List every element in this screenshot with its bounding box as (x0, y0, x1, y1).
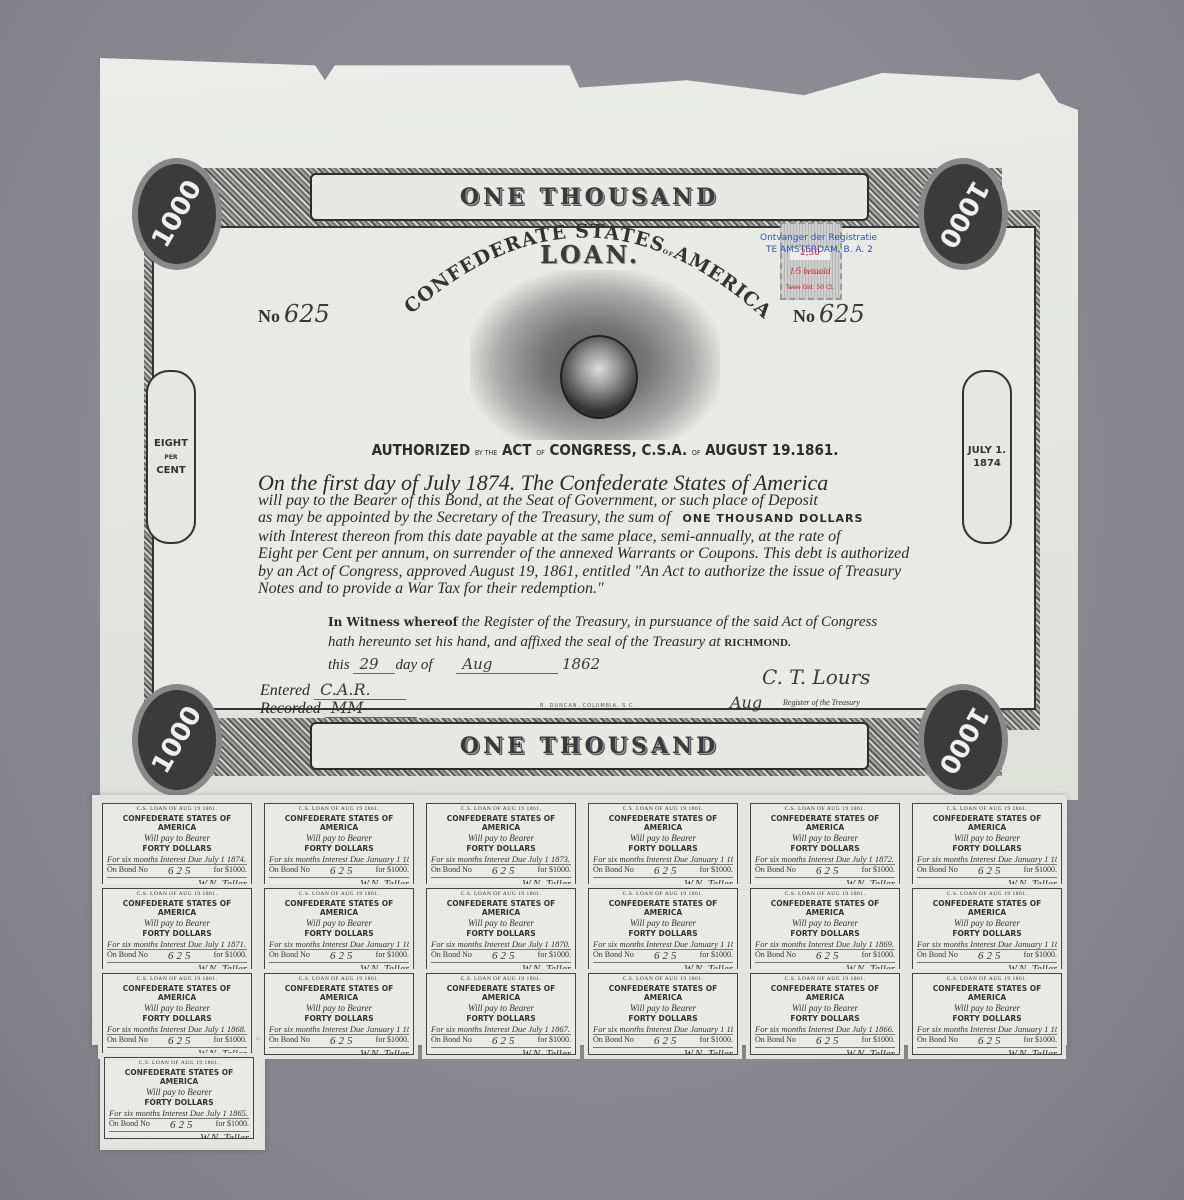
coupon-header: C.S. LOAN OF AUG 19 1861. (917, 891, 1057, 897)
coupon-for-amount: for $1000. (862, 865, 895, 877)
cancel-line-1: Ontvanger der Registratie (760, 232, 877, 244)
coupon-due-date: January 1 1874. (366, 854, 409, 864)
coupon: C.S. LOAN OF AUG 19 1861.CONFEDERATE STA… (264, 973, 414, 1055)
coupon: C.S. LOAN OF AUG 19 1861.CONFEDERATE STA… (426, 803, 576, 885)
coupon-bond-label: On Bond No (269, 1035, 310, 1047)
auth-small: OF (692, 449, 701, 457)
coupon-issuer: CONFEDERATE STATES OF AMERICA (593, 899, 733, 917)
register-label: Register of the Treasury (783, 698, 860, 707)
coupon-due-date: January 1 1872. (1014, 854, 1057, 864)
authorization-line: AUTHORIZED BY THE ACT OF CONGRESS, C.S.A… (365, 441, 845, 459)
coupon-signature-line: For the Register of the TreasuryW.N. Tel… (109, 1132, 249, 1144)
registration-cancel-stamp: Ontvanger der Registratie TE AMSTERDAM, … (760, 232, 877, 256)
serial-number-right: No625 (793, 300, 865, 329)
coupon-header: C.S. LOAN OF AUG 19 1861. (755, 891, 895, 897)
coupon-signature: W.N. Teller (846, 1048, 895, 1060)
coupon-issuer: CONFEDERATE STATES OF AMERICA (431, 984, 571, 1002)
coupon-due-line: For six months Interest Due January 1 18… (917, 939, 1057, 950)
coupon-will-pay: Will pay to Bearer (269, 1003, 409, 1013)
coupon: C.S. LOAN OF AUG 19 1861.CONFEDERATE STA… (426, 973, 576, 1055)
coupon-bond-number: 625 (168, 865, 194, 877)
coupon-header: C.S. LOAN OF AUG 19 1861. (593, 891, 733, 897)
coupon-bond-line: On Bond No625for $1000. (755, 950, 895, 963)
coupon-due-line: For six months Interest Due January 1 18… (269, 1024, 409, 1035)
coupon-interest-prefix: For six months Interest Due (431, 854, 526, 864)
coupon-bond-number: 625 (978, 950, 1004, 962)
date-this: this (328, 657, 350, 673)
coupon-due-date: January 1 1871. (366, 939, 409, 949)
coupon-issuer: CONFEDERATE STATES OF AMERICA (107, 814, 247, 832)
coupon-issuer: CONFEDERATE STATES OF AMERICA (593, 984, 733, 1002)
coupon-register-label: For the Register of the Treasury (593, 1055, 657, 1060)
coupon-for-amount: for $1000. (216, 1119, 249, 1131)
coupon-signature-line: For the Register of the TreasuryW.N. Tel… (917, 1048, 1057, 1060)
coupon-header: C.S. LOAN OF AUG 19 1861. (755, 806, 895, 812)
coupon-due-date: January 1 1867. (690, 1024, 733, 1034)
coupon-header: C.S. LOAN OF AUG 19 1861. (431, 976, 571, 982)
coupon-bond-label: On Bond No (107, 865, 148, 877)
coupon-due-line: For six months Interest Due January 1 18… (269, 854, 409, 865)
coupon-due-line: For six months Interest Due January 1 18… (593, 939, 733, 950)
coupon-bond-line: On Bond No625for $1000. (593, 950, 733, 963)
coupon-interest-prefix: For six months Interest Due (593, 939, 688, 949)
coupon-bond-number: 625 (978, 1035, 1004, 1047)
coupon-will-pay: Will pay to Bearer (917, 833, 1057, 843)
denomination-text: 1000 (932, 701, 994, 779)
coupon: C.S. LOAN OF AUG 19 1861.CONFEDERATE STA… (588, 973, 738, 1055)
coupon-amount: FORTY DOLLARS (917, 1014, 1057, 1023)
coupon: C.S. LOAN OF AUG 19 1861.CONFEDERATE STA… (264, 803, 414, 885)
coupon-for-amount: for $1000. (214, 950, 247, 962)
denomination-text: 1000 (146, 175, 208, 253)
coupon-for-amount: for $1000. (1024, 865, 1057, 877)
coupon-interest-prefix: For six months Interest Due (917, 1024, 1012, 1034)
coupon-register-label: For the Register of the Treasury (755, 1055, 819, 1060)
auth-small: BY THE (475, 449, 497, 457)
witness-line: hath hereunto set his hand, and affixed … (328, 634, 721, 650)
coupon-amount: FORTY DOLLARS (593, 1014, 733, 1023)
coupon-bond-line: On Bond No625for $1000. (109, 1119, 249, 1132)
maturity-text-year: 1874 (973, 458, 1001, 469)
coupon-bond-number: 625 (168, 1035, 194, 1047)
coupon: C.S. LOAN OF AUG 19 1861.CONFEDERATE STA… (912, 973, 1062, 1055)
coupon-issuer: CONFEDERATE STATES OF AMERICA (269, 984, 409, 1002)
coupon-header: C.S. LOAN OF AUG 19 1861. (107, 806, 247, 812)
coupon-bond-label: On Bond No (269, 865, 310, 877)
coupon-will-pay: Will pay to Bearer (593, 1003, 733, 1013)
coupon-bond-number: 625 (330, 865, 356, 877)
coupon-due-line: For six months Interest Due July 1 1869. (755, 939, 895, 950)
coupon-bond-label: On Bond No (107, 950, 148, 962)
coupon-interest-prefix: For six months Interest Due (755, 939, 850, 949)
coupon-interest-prefix: For six months Interest Due (755, 854, 850, 864)
coupon-amount: FORTY DOLLARS (431, 1014, 571, 1023)
coupon-bond-number: 625 (816, 865, 842, 877)
coupon-due-line: For six months Interest Due July 1 1871. (107, 939, 247, 950)
coupon: C.S. LOAN OF AUG 19 1861.CONFEDERATE STA… (588, 888, 738, 970)
auth-part: ACT (502, 441, 532, 459)
coupon-interest-prefix: For six months Interest Due (107, 854, 202, 864)
coupon-issuer: CONFEDERATE STATES OF AMERICA (755, 814, 895, 832)
coupon: C.S. LOAN OF AUG 19 1861.CONFEDERATE STA… (102, 888, 252, 970)
coupon-for-amount: for $1000. (1024, 950, 1057, 962)
coupon-header: C.S. LOAN OF AUG 19 1861. (107, 891, 247, 897)
coupon-amount: FORTY DOLLARS (107, 929, 247, 938)
coupon-bond-line: On Bond No625for $1000. (107, 950, 247, 963)
coupon-due-date: January 1 1868. (366, 1024, 409, 1034)
coupon-header: C.S. LOAN OF AUG 19 1861. (107, 976, 247, 982)
coupon: C.S. LOAN OF AUG 19 1861.CONFEDERATE STA… (912, 803, 1062, 885)
coupon-register-label: For the Register of the Treasury (269, 1055, 333, 1060)
coupon-issuer: CONFEDERATE STATES OF AMERICA (431, 899, 571, 917)
coupon-due-line: For six months Interest Due July 1 1868. (107, 1024, 247, 1035)
coupon-bond-number: 625 (816, 1035, 842, 1047)
coupon-register-label: For the Register of the Treasury (917, 1055, 981, 1060)
coupon-interest-prefix: For six months Interest Due (593, 1024, 688, 1034)
coupon-due-date: January 1 1866. (1014, 1024, 1057, 1034)
coupon-bond-number: 625 (978, 865, 1004, 877)
serial-prefix: No (258, 306, 280, 326)
coupon-for-amount: for $1000. (700, 1035, 733, 1047)
coupon-due-date: July 1 1872. (852, 854, 894, 864)
rate-text-per: PER (164, 454, 177, 461)
coupon-signature: W.N. Teller (684, 1048, 733, 1060)
coupon-bond-line: On Bond No625for $1000. (431, 865, 571, 878)
denomination-text: 1000 (146, 701, 208, 779)
coupon-interest-prefix: For six months Interest Due (107, 1024, 202, 1034)
coupon: C.S. LOAN OF AUG 19 1861.CONFEDERATE STA… (104, 1057, 254, 1139)
serial-value: 625 (284, 300, 330, 328)
recorded-label: Recorded (260, 700, 321, 717)
coupon-due-date: July 1 1865. (206, 1108, 248, 1118)
body-line: by an Act of Congress, approved August 1… (258, 563, 918, 581)
date-day-of: day of (395, 657, 432, 673)
coupon-due-line: For six months Interest Due July 1 1870. (431, 939, 571, 950)
coupon-bond-number: 625 (170, 1119, 196, 1131)
coupon-bond-line: On Bond No625for $1000. (917, 1035, 1057, 1048)
coupon-due-line: For six months Interest Due January 1 18… (917, 854, 1057, 865)
coupon-bond-line: On Bond No625for $1000. (593, 1035, 733, 1048)
coupon-header: C.S. LOAN OF AUG 19 1861. (917, 806, 1057, 812)
coupon-due-date: January 1 1870. (690, 939, 733, 949)
coupon-bond-line: On Bond No625for $1000. (917, 865, 1057, 878)
coupon-for-amount: for $1000. (700, 865, 733, 877)
coupon-bond-label: On Bond No (755, 950, 796, 962)
coupon-interest-prefix: For six months Interest Due (755, 1024, 850, 1034)
coupon-bond-line: On Bond No625for $1000. (107, 1035, 247, 1048)
coupon-bond-number: 625 (654, 865, 680, 877)
coupon: C.S. LOAN OF AUG 19 1861.CONFEDERATE STA… (102, 803, 252, 885)
coupon: C.S. LOAN OF AUG 19 1861.CONFEDERATE STA… (750, 888, 900, 970)
coupon-amount: FORTY DOLLARS (107, 844, 247, 853)
coupon-will-pay: Will pay to Bearer (917, 1003, 1057, 1013)
rate-text-eight: EIGHT (154, 438, 188, 449)
coupon-due-date: July 1 1874. (204, 854, 246, 864)
coupon-due-date: July 1 1867. (528, 1024, 570, 1034)
coupon-bond-label: On Bond No (755, 865, 796, 877)
coupon-interest-prefix: For six months Interest Due (431, 1024, 526, 1034)
coupon-for-amount: for $1000. (214, 865, 247, 877)
coupon-due-line: For six months Interest Due July 1 1867. (431, 1024, 571, 1035)
coupon-header: C.S. LOAN OF AUG 19 1861. (431, 891, 571, 897)
coupon-bond-line: On Bond No625for $1000. (593, 865, 733, 878)
coupon-will-pay: Will pay to Bearer (755, 918, 895, 928)
issue-date: this 29day of Aug 1862 (328, 655, 600, 674)
body-line: Notes and to provide a War Tax for their… (258, 580, 918, 598)
coupon-due-date: July 1 1866. (852, 1024, 894, 1034)
coupon-signature-line: For the Register of the TreasuryW.N. Tel… (593, 1048, 733, 1060)
coupon-signature-line: For the Register of the TreasuryW.N. Tel… (269, 1048, 409, 1060)
coupon-issuer: CONFEDERATE STATES OF AMERICA (109, 1068, 249, 1086)
coupon-issuer: CONFEDERATE STATES OF AMERICA (431, 814, 571, 832)
coupon-due-date: July 1 1871. (204, 939, 246, 949)
body-line: with Interest thereon from this date pay… (258, 528, 918, 546)
coupon-for-amount: for $1000. (862, 1035, 895, 1047)
coupon-bond-label: On Bond No (755, 1035, 796, 1047)
coupon-amount: FORTY DOLLARS (431, 844, 571, 853)
coupon-issuer: CONFEDERATE STATES OF AMERICA (755, 984, 895, 1002)
coupon-for-amount: for $1000. (376, 950, 409, 962)
coupon-bond-number: 625 (492, 865, 518, 877)
body-line: as may be appointed by the Secretary of … (258, 509, 671, 526)
bond-body-text: On the first day of July 1874. The Confe… (258, 474, 918, 598)
coupon-due-line: For six months Interest Due July 1 1866. (755, 1024, 895, 1035)
witness-line: the Register of the Treasury, in pursuan… (462, 614, 878, 630)
coupon-bond-number: 625 (654, 1035, 680, 1047)
maturity-text-date: JULY 1. (968, 445, 1006, 456)
coupon-will-pay: Will pay to Bearer (755, 833, 895, 843)
rate-oval: EIGHT PER CENT (146, 370, 196, 544)
coupon-grid: C.S. LOAN OF AUG 19 1861.CONFEDERATE STA… (92, 795, 1067, 1070)
coupon: C.S. LOAN OF AUG 19 1861.CONFEDERATE STA… (912, 888, 1062, 970)
coupon-bond-line: On Bond No625for $1000. (269, 950, 409, 963)
coupon-signature: W.N. Teller (522, 1048, 571, 1060)
recorded-initials: MM (325, 698, 417, 718)
coupon-issuer: CONFEDERATE STATES OF AMERICA (917, 899, 1057, 917)
coupon-bond-number: 625 (168, 950, 194, 962)
coupon-issuer: CONFEDERATE STATES OF AMERICA (107, 899, 247, 917)
coupon-amount: FORTY DOLLARS (593, 844, 733, 853)
coupon-issuer: CONFEDERATE STATES OF AMERICA (917, 984, 1057, 1002)
coupon-amount: FORTY DOLLARS (269, 844, 409, 853)
coupon: C.S. LOAN OF AUG 19 1861.CONFEDERATE STA… (750, 973, 900, 1055)
coupon-signature-line: For the Register of the TreasuryW.N. Tel… (431, 1048, 571, 1060)
coupon-interest-prefix: For six months Interest Due (593, 854, 688, 864)
coupon-due-line: For six months Interest Due July 1 1872. (755, 854, 895, 865)
coupon-amount: FORTY DOLLARS (755, 929, 895, 938)
coupon-will-pay: Will pay to Bearer (431, 918, 571, 928)
coupon-for-amount: for $1000. (538, 865, 571, 877)
coupon-bond-label: On Bond No (593, 865, 634, 877)
coupon-bond-label: On Bond No (431, 865, 472, 877)
coupon-amount: FORTY DOLLARS (269, 1014, 409, 1023)
coupon-due-line: For six months Interest Due January 1 18… (917, 1024, 1057, 1035)
coupon-signature: W.N. Teller (1008, 1048, 1057, 1060)
coupon-interest-prefix: For six months Interest Due (269, 939, 364, 949)
coupon-bond-line: On Bond No625for $1000. (269, 1035, 409, 1048)
coupon-bond-line: On Bond No625for $1000. (269, 865, 409, 878)
coupon: C.S. LOAN OF AUG 19 1861.CONFEDERATE STA… (588, 803, 738, 885)
treasury-signature: C. T. Lours (762, 665, 870, 689)
coupon-interest-prefix: For six months Interest Due (431, 939, 526, 949)
coupon-register-label: For the Register of the Treasury (431, 1055, 495, 1060)
coupon-bond-line: On Bond No625for $1000. (431, 950, 571, 963)
coupon-header: C.S. LOAN OF AUG 19 1861. (269, 806, 409, 812)
date-year: 1862 (562, 655, 600, 673)
coupon-issuer: CONFEDERATE STATES OF AMERICA (917, 814, 1057, 832)
coupon: C.S. LOAN OF AUG 19 1861.CONFEDERATE STA… (102, 973, 252, 1055)
auth-part: CONGRESS, C.S.A. (550, 441, 688, 459)
rate-text-cent: CENT (156, 465, 185, 476)
coupon-will-pay: Will pay to Bearer (917, 918, 1057, 928)
denomination-text: 1000 (932, 175, 994, 253)
coupon-header: C.S. LOAN OF AUG 19 1861. (917, 976, 1057, 982)
witness-bold: In Witness whereof (328, 615, 458, 629)
auth-part: AUTHORIZED (372, 441, 471, 459)
coupon-due-line: For six months Interest Due January 1 18… (269, 939, 409, 950)
coupon: C.S. LOAN OF AUG 19 1861.CONFEDERATE STA… (426, 888, 576, 970)
coupon: C.S. LOAN OF AUG 19 1861.CONFEDERATE STA… (264, 888, 414, 970)
witness-place: RICHMOND. (724, 637, 790, 649)
coupon-signature-line: For the Register of the TreasuryW.N. Tel… (755, 1048, 895, 1060)
serial-value: 625 (819, 300, 865, 328)
loan-title: LOAN. (540, 240, 640, 269)
coupon-interest-prefix: For six months Interest Due (107, 939, 202, 949)
coupon-amount: FORTY DOLLARS (269, 929, 409, 938)
coupon-for-amount: for $1000. (538, 1035, 571, 1047)
coupon-interest-prefix: For six months Interest Due (917, 939, 1012, 949)
coupon-bond-number: 625 (654, 950, 680, 962)
coupon-bond-number: 625 (330, 950, 356, 962)
coupon-due-line: For six months Interest Due January 1 18… (593, 1024, 733, 1035)
coupon-for-amount: for $1000. (862, 950, 895, 962)
coupon-amount: FORTY DOLLARS (917, 844, 1057, 853)
portrait-medallion (560, 335, 638, 419)
coupon-bond-number: 625 (816, 950, 842, 962)
coupon-due-line: For six months Interest Due January 1 18… (593, 854, 733, 865)
cancel-line-2: TE AMSTERDAM, B. A. 2 (760, 244, 877, 256)
coupon-amount: FORTY DOLLARS (431, 929, 571, 938)
coupon-due-line: For six months Interest Due July 1 1873. (431, 854, 571, 865)
coupon-bond-line: On Bond No625for $1000. (917, 950, 1057, 963)
coupon-amount: FORTY DOLLARS (593, 929, 733, 938)
coupon-bond-label: On Bond No (269, 950, 310, 962)
stamp-paid: 1/5 betaald (786, 266, 834, 276)
body-line: Eight per Cent per annum, on surrender o… (258, 545, 918, 563)
coupon-interest-prefix: For six months Interest Due (109, 1108, 204, 1118)
recorded-line: Recorded MM (260, 698, 417, 718)
coupon-bond-label: On Bond No (593, 1035, 634, 1047)
maturity-oval: JULY 1. 1874 (962, 370, 1012, 544)
coupon-interest-prefix: For six months Interest Due (917, 854, 1012, 864)
coupon-amount: FORTY DOLLARS (755, 1014, 895, 1023)
coupon-issuer: CONFEDERATE STATES OF AMERICA (755, 899, 895, 917)
coupon-due-date: July 1 1870. (528, 939, 570, 949)
coupon-amount: FORTY DOLLARS (107, 1014, 247, 1023)
coupon-will-pay: Will pay to Bearer (755, 1003, 895, 1013)
coupon-will-pay: Will pay to Bearer (107, 1003, 247, 1013)
coupon-bond-line: On Bond No625for $1000. (755, 1035, 895, 1048)
entered-line: Entered C.A.R. (260, 680, 406, 700)
coupon-bond-label: On Bond No (917, 1035, 958, 1047)
date-month: Aug (456, 655, 558, 674)
coupon-amount: FORTY DOLLARS (917, 929, 1057, 938)
coupon-for-amount: for $1000. (1024, 1035, 1057, 1047)
coupon-issuer: CONFEDERATE STATES OF AMERICA (269, 899, 409, 917)
coupon-issuer: CONFEDERATE STATES OF AMERICA (269, 814, 409, 832)
coupon-bond-line: On Bond No625for $1000. (431, 1035, 571, 1048)
corner-medallion-top-left: 1000 (132, 158, 222, 270)
corner-medallion-top-right: 1000 (918, 158, 1008, 270)
coupon-header: C.S. LOAN OF AUG 19 1861. (269, 976, 409, 982)
coupon-amount: FORTY DOLLARS (109, 1098, 249, 1107)
coupon-will-pay: Will pay to Bearer (269, 833, 409, 843)
coupon-will-pay: Will pay to Bearer (593, 833, 733, 843)
coupon-will-pay: Will pay to Bearer (431, 833, 571, 843)
coupon-due-line: For six months Interest Due July 1 1874. (107, 854, 247, 865)
coupon-for-amount: for $1000. (538, 950, 571, 962)
coupon-amount: FORTY DOLLARS (755, 844, 895, 853)
register-signature: Aug (730, 693, 762, 712)
coupon-bond-label: On Bond No (917, 865, 958, 877)
coupon-due-date: July 1 1869. (852, 939, 894, 949)
auth-part: AUGUST 19.1861. (705, 441, 838, 459)
coupon-for-amount: for $1000. (376, 865, 409, 877)
coupon-header: C.S. LOAN OF AUG 19 1861. (109, 1060, 249, 1066)
sum-text: ONE THOUSAND DOLLARS (683, 512, 864, 525)
coupon: C.S. LOAN OF AUG 19 1861.CONFEDERATE STA… (750, 803, 900, 885)
entered-label: Entered (260, 682, 310, 699)
coupon-bond-label: On Bond No (107, 1035, 148, 1047)
serial-number-left: No625 (258, 300, 330, 329)
corner-medallion-bottom-left: 1000 (132, 684, 222, 796)
coupon-will-pay: Will pay to Bearer (107, 833, 247, 843)
coupon-bond-number: 625 (492, 1035, 518, 1047)
witness-clause: In Witness whereof the Register of the T… (328, 612, 918, 653)
coupon-due-line: For six months Interest Due July 1 1865. (109, 1108, 249, 1119)
coupon-will-pay: Will pay to Bearer (593, 918, 733, 928)
coupon-will-pay: Will pay to Bearer (431, 1003, 571, 1013)
coupon-bond-number: 625 (330, 1035, 356, 1047)
coupon-due-date: July 1 1873. (528, 854, 570, 864)
coupon-will-pay: Will pay to Bearer (109, 1087, 249, 1097)
coupon-for-amount: for $1000. (376, 1035, 409, 1047)
coupon-due-date: January 1 1869. (1014, 939, 1057, 949)
coupon-issuer: CONFEDERATE STATES OF AMERICA (593, 814, 733, 832)
coupon-interest-prefix: For six months Interest Due (269, 1024, 364, 1034)
coupon-header: C.S. LOAN OF AUG 19 1861. (755, 976, 895, 982)
coupon-bond-label: On Bond No (917, 950, 958, 962)
coupon-register-label: For the Register of the Treasury (109, 1139, 173, 1144)
auth-small: OF (536, 449, 545, 457)
coupon-bond-label: On Bond No (593, 950, 634, 962)
title-plate-bottom: ONE THOUSAND (310, 722, 869, 770)
coupon-header: C.S. LOAN OF AUG 19 1861. (593, 976, 733, 982)
coupon-signature: W.N. Teller (360, 1048, 409, 1060)
date-day: 29 (353, 655, 395, 674)
coupon-header: C.S. LOAN OF AUG 19 1861. (593, 806, 733, 812)
coupon-issuer: CONFEDERATE STATES OF AMERICA (107, 984, 247, 1002)
serial-prefix: No (793, 306, 815, 326)
printer-credit: B. DUNCAN, COLUMBIA, S.C. (540, 703, 636, 709)
coupon-bond-line: On Bond No625for $1000. (755, 865, 895, 878)
coupon-interest-prefix: For six months Interest Due (269, 854, 364, 864)
coupon-bond-label: On Bond No (109, 1119, 150, 1131)
coupon-will-pay: Will pay to Bearer (107, 918, 247, 928)
entered-initials: C.A.R. (314, 680, 406, 700)
coupon-bond-label: On Bond No (431, 1035, 472, 1047)
coupon-due-date: January 1 1873. (690, 854, 733, 864)
